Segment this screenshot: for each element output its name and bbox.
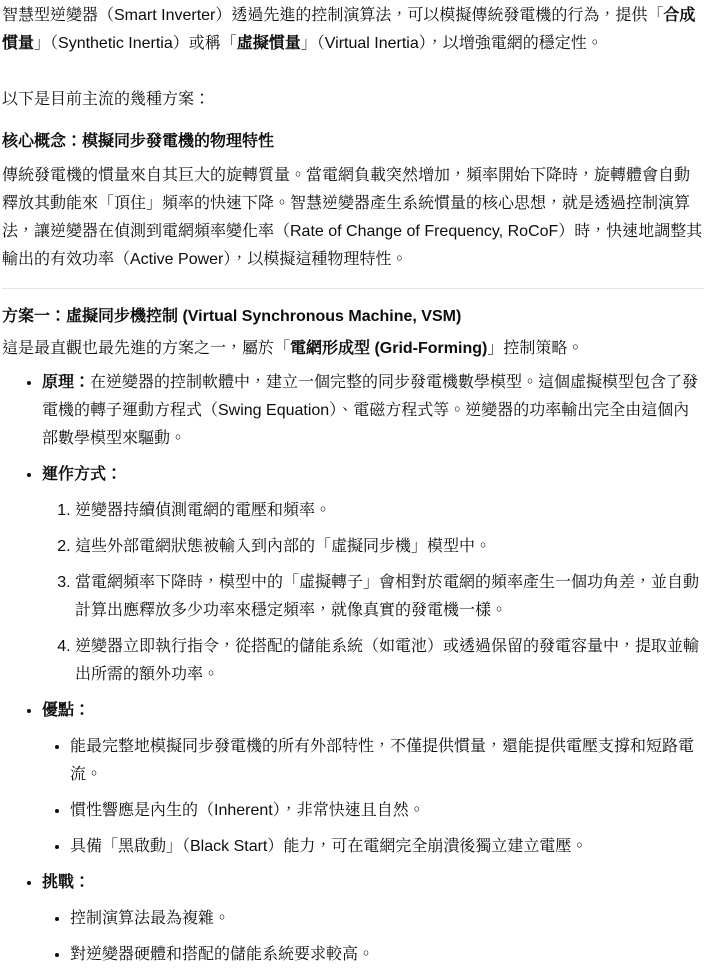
- advantages-list: 能最完整地模擬同步發電機的所有外部特性，不僅提供慣量，還能提供電壓支撐和短路電流…: [42, 733, 704, 861]
- operation-step: 當電網頻率下降時，模型中的「虛擬轉子」會相對於電網的頻率產生一個功角差，並自動計…: [75, 569, 704, 625]
- operation-steps-list: 逆變器持續偵測電網的電壓和頻率。 這些外部電網狀態被輸入到內部的「虛擬同步機」模…: [42, 497, 704, 689]
- intro-text-2: 」（Synthetic Inertia）或稱「: [34, 35, 237, 52]
- operation-label: 運作方式：: [42, 466, 122, 483]
- principle-text: 在逆變器的控制軟體中，建立一個完整的同步發電機數學模型。這個虛擬模型包含了發電機…: [42, 374, 698, 447]
- document-body: 智慧型逆變器（Smart Inverter）透過先進的控制演算法，可以模擬傳統發…: [0, 0, 710, 969]
- term-grid-forming: 電網形成型 (Grid-Forming): [290, 340, 487, 357]
- advantage-item: 慣性響應是內生的（Inherent），非常快速且自然。: [70, 797, 704, 825]
- intro-text-3: 」（Virtual Inertia），以增強電網的穩定性。: [301, 35, 603, 52]
- concept-heading: 核心概念：模擬同步發電機的物理特性: [2, 128, 704, 156]
- concept-paragraph: 傳統發電機的慣量來自其巨大的旋轉質量。當電網負載突然增加，頻率開始下降時，旋轉體…: [2, 162, 704, 274]
- list-item-advantages: 優點： 能最完整地模擬同步發電機的所有外部特性，不僅提供慣量，還能提供電壓支撐和…: [42, 697, 704, 861]
- principle-label: 原理：: [42, 374, 90, 391]
- operation-step: 逆變器立即執行指令，從搭配的儲能系統（如電池）或透過保留的發電容量中，提取並輸出…: [75, 633, 704, 689]
- list-item-challenges: 挑戰： 控制演算法最為複雜。 對逆變器硬體和搭配的儲能系統要求較高。: [42, 869, 704, 969]
- list-item-operation: 運作方式： 逆變器持續偵測電網的電壓和頻率。 這些外部電網狀態被輸入到內部的「虛…: [42, 461, 704, 689]
- advantage-item: 具備「黑啟動」（Black Start）能力，可在電網完全崩潰後獨立建立電壓。: [70, 833, 704, 861]
- challenge-item: 對逆變器硬體和搭配的儲能系統要求較高。: [70, 941, 704, 969]
- intro-paragraph: 智慧型逆變器（Smart Inverter）透過先進的控制演算法，可以模擬傳統發…: [2, 2, 704, 58]
- challenges-label: 挑戰：: [42, 874, 90, 891]
- challenges-list: 控制演算法最為複雜。 對逆變器硬體和搭配的儲能系統要求較高。: [42, 905, 704, 969]
- advantages-label: 優點：: [42, 702, 90, 719]
- list-item-principle: 原理：在逆變器的控制軟體中，建立一個完整的同步發電機數學模型。這個虛擬模型包含了…: [42, 369, 704, 453]
- scheme-intro-paragraph: 這是最直觀也最先進的方案之一，屬於「電網形成型 (Grid-Forming)」控…: [2, 335, 704, 363]
- section-divider: [2, 288, 704, 289]
- lead-in-paragraph: 以下是目前主流的幾種方案：: [2, 86, 704, 114]
- scheme-intro-text-1: 這是最直觀也最先進的方案之一，屬於「: [2, 340, 290, 357]
- challenge-item: 控制演算法最為複雜。: [70, 905, 704, 933]
- operation-step: 逆變器持續偵測電網的電壓和頻率。: [75, 497, 704, 525]
- scheme-intro-text-2: 」控制策略。: [487, 340, 583, 357]
- operation-step: 這些外部電網狀態被輸入到內部的「虛擬同步機」模型中。: [75, 533, 704, 561]
- advantage-item: 能最完整地模擬同步發電機的所有外部特性，不僅提供慣量，還能提供電壓支撐和短路電流…: [70, 733, 704, 789]
- intro-text-1: 智慧型逆變器（Smart Inverter）透過先進的控制演算法，可以模擬傳統發…: [2, 7, 663, 24]
- vsm-feature-list: 原理：在逆變器的控制軟體中，建立一個完整的同步發電機數學模型。這個虛擬模型包含了…: [2, 369, 704, 969]
- scheme-one-heading: 方案一：虛擬同步機控制 (Virtual Synchronous Machine…: [2, 303, 704, 331]
- term-virtual-inertia: 虛擬慣量: [237, 35, 301, 52]
